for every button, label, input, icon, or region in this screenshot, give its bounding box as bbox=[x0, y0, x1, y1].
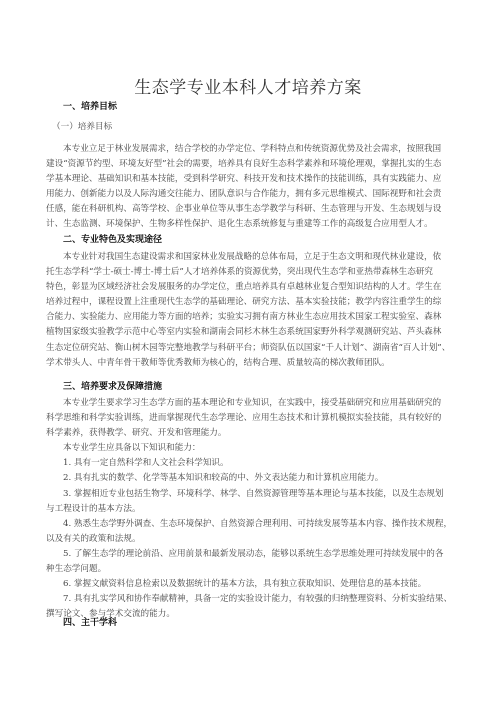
subheading-goals: （一）培养目标 bbox=[46, 120, 450, 135]
subheading-text: （一）培养目标 bbox=[46, 120, 450, 135]
text-line: 本专业学生应具备以下知识和能力： bbox=[46, 441, 450, 456]
text-line: 学基本理论、基础知识和基本技能，受到科学研究、科技开发和技术操作的技能训练，具有… bbox=[46, 172, 450, 187]
text-line: 任感，能在科研机构、高等学校、企事业单位等从事生态学教学与科研、生态管理与开发、… bbox=[46, 202, 450, 217]
text-line: 生态定位研究站、衡山树木园等完整地教学与科研平台；师资队伍以国家“千人计划”、湖… bbox=[46, 341, 450, 356]
list-item: 6. 掌握文献资料信息检索以及数据统计的基本方法，具有独立获取知识、处理信息的基… bbox=[46, 577, 450, 592]
text-line: 本专业立足于林业发展需求，结合学校的办学定位、学科特点和传统资源优势及社会需求，… bbox=[46, 142, 450, 157]
list-item: 2. 具有扎实的数学、化学等基本知识和较高的中、外文表达能力和计算机应用能力。 bbox=[46, 471, 450, 486]
text-line: 植物国家级实验教学示范中心等室内实验和湖南会同杉木林生态系统国家野外科学观测研究… bbox=[46, 325, 450, 340]
text-line: 合能力、实验能力、应用能力等方面的培养；实验实习拥有南方林业生态应用技术国家工程… bbox=[46, 310, 450, 325]
text-line: 培养过程中，课程设置上注重现代生态学的基础理论、研究方法、基本实验技能；教学内容… bbox=[46, 295, 450, 310]
text-line: 科学思维和科学实验训练，进而掌握现代生态学理论、应用生态技术和计算机模拟实验技能… bbox=[46, 411, 450, 426]
text-line: 托生态学科“学士-硕士-博士-博士后”人才培养体系的资源优势，突出现代生态学和亚… bbox=[46, 265, 450, 280]
list-item: 4. 熟悉生态学野外调查、生态环境保护、自然资源合理利用、可持续发展等基本内容、… bbox=[46, 517, 450, 532]
text-line: 建设“资源节约型、环境友好型”社会的需要，培养具有良好生态科学素养和环境伦理观，… bbox=[46, 157, 450, 172]
text-line: 本专业学生要求学习生态学方面的基本理论和专业知识，在实践中，接受基础研究和应用基… bbox=[46, 396, 450, 411]
list-item-continuation: 种生态学问题。 bbox=[46, 562, 450, 577]
paragraph-goals: 本专业立足于林业发展需求，结合学校的办学定位、学科特点和传统资源优势及社会需求，… bbox=[46, 142, 450, 233]
section-heading-features: 二、专业特色及实现途径 bbox=[63, 234, 162, 247]
paragraph-requirements: 本专业学生要求学习生态学方面的基本理论和专业知识，在实践中，接受基础研究和应用基… bbox=[46, 396, 450, 622]
text-line: 计、生态监测、环境保护、生物多样性保护、退化生态系统修复与重建等工作的高级复合应… bbox=[46, 217, 450, 232]
text-line: 用能力、创新能力以及人际沟通交往能力、团队意识与合作能力，拥有多元思维模式、国际… bbox=[46, 187, 450, 202]
text-line: 本专业针对我国生态建设需求和国家林业发展战略的总体布局，立足于生态文明和现代林业… bbox=[46, 250, 450, 265]
document-title: 生态学专业本科人才培养方案 bbox=[0, 78, 496, 98]
text-line: 科学素养，获得教学、研究、开发和管理能力。 bbox=[46, 426, 450, 441]
list-item: 1. 具有一定自然科学和人文社会科学知识。 bbox=[46, 456, 450, 471]
list-item: 3. 掌握相近专业包括生物学、环境科学、林学、自然资源管理等基本理论与基本技能，… bbox=[46, 487, 450, 502]
section-heading-requirements: 三、培养要求及保障措施 bbox=[63, 381, 162, 394]
section-heading-goals: 一、培养目标 bbox=[63, 101, 117, 114]
section-heading-disciplines: 四、主干学科 bbox=[63, 617, 117, 630]
paragraph-features: 本专业针对我国生态建设需求和国家林业发展战略的总体布局，立足于生态文明和现代林业… bbox=[46, 250, 450, 371]
text-line: 学术带头人、中青年骨干教师等优秀教师为核心的，结构合理、质量较高的梯次教师团队。 bbox=[46, 356, 450, 371]
text-line: 特色，彰显为区域经济社会发展服务的办学定位，重点培养具有卓越林业复合型知识结构的… bbox=[46, 280, 450, 295]
list-item-continuation: 与工程设计的基本方法。 bbox=[46, 502, 450, 517]
list-item: 5. 了解生态学的理论前沿、应用前景和最新发展动态，能够以系统生态学思维处理可持… bbox=[46, 547, 450, 562]
list-item-continuation: 以及有关的政策和法规。 bbox=[46, 532, 450, 547]
document-page: 生态学专业本科人才培养方案 一、培养目标 （一）培养目标 本专业立足于林业发展需… bbox=[0, 0, 496, 702]
list-item: 7. 具有扎实学风和协作奉献精神，具备一定的实验设计能力，有较强的归纳整理资料、… bbox=[46, 592, 450, 607]
